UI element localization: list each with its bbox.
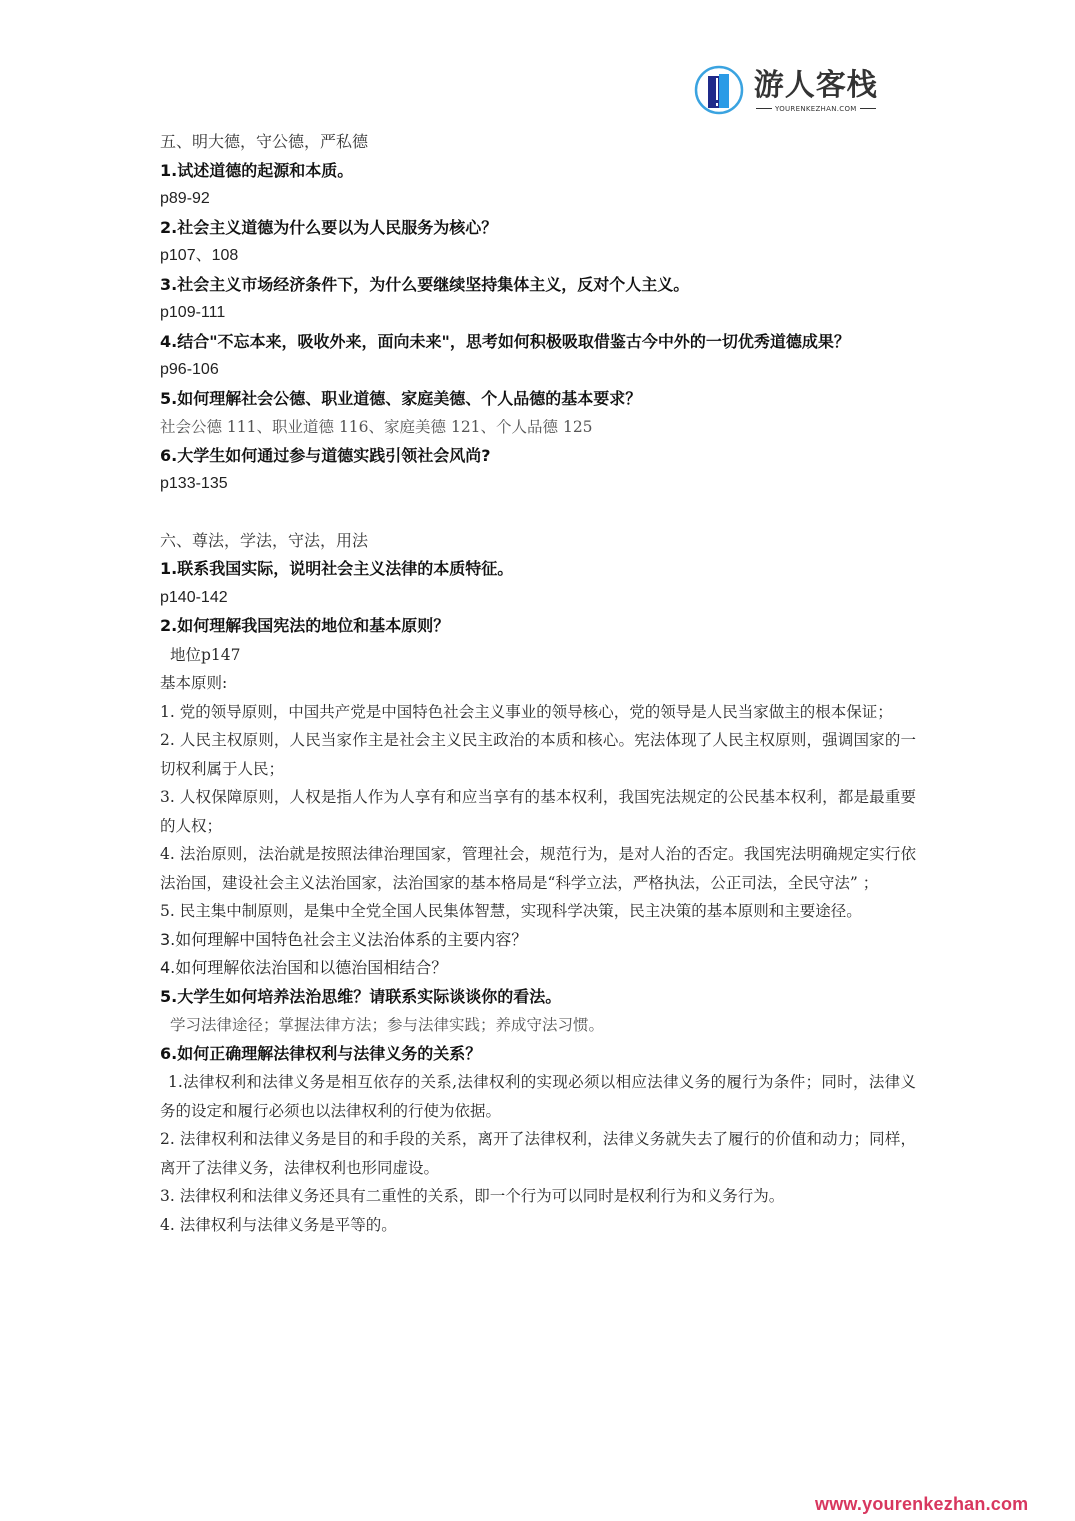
relation-point-1: 1.法律权利和法律义务是相互依存的关系,法律权利的实现必须以相应法律义务的履行为…	[160, 1068, 916, 1125]
section-spacer	[160, 499, 916, 527]
question-5-3: 3.社会主义市场经济条件下，为什么要继续坚持集体主义，反对个人主义。	[160, 271, 916, 300]
site-logo[interactable]: 游人客栈 YOURENKEZHAN.COM	[693, 62, 879, 118]
answer-5-1: p89-92	[160, 185, 916, 214]
question-5-1: 1.试述道德的起源和本质。	[160, 157, 916, 186]
footer-website-link[interactable]: www.yourenkezhan.com	[815, 1494, 1028, 1515]
answer-6-1: p140-142	[160, 584, 916, 613]
relation-point-4: 4. 法律权利与法律义务是平等的。	[160, 1211, 916, 1240]
relation-point-3: 3. 法律权利和法律义务还具有二重性的关系，即一个行为可以同时是权利行为和义务行…	[160, 1182, 916, 1211]
question-6-1: 1.联系我国实际，说明社会主义法律的本质特征。	[160, 555, 916, 584]
section-6-heading: 六、尊法，学法，守法，用法	[160, 527, 916, 556]
answer-5-5: 社会公德 111、职业道德 116、家庭美德 121、个人品德 125	[160, 413, 916, 442]
logo-name-en-text: YOURENKEZHAN.COM	[775, 105, 857, 113]
principle-4: 4. 法治原则，法治就是按照法律治理国家，管理社会，规范行为，是对人治的否定。我…	[160, 840, 916, 897]
logo-name-en: YOURENKEZHAN.COM	[753, 105, 879, 113]
question-6-6: 6.如何正确理解法律权利与法律义务的关系？	[160, 1040, 916, 1069]
answer-5-3: p109-111	[160, 299, 916, 328]
document-body: 五、明大德，守公德，严私德 1.试述道德的起源和本质。 p89-92 2.社会主…	[160, 128, 916, 1239]
question-6-4: 4.如何理解依法治国和以德治国相结合？	[160, 954, 916, 983]
question-5-6: 6.大学生如何通过参与道德实践引领社会风尚?	[160, 442, 916, 471]
logo-name-cn: 游人客栈	[754, 68, 878, 104]
principle-2: 2. 人民主权原则，人民当家作主是社会主义民主政治的本质和核心。宪法体现了人民主…	[160, 726, 916, 783]
question-5-5: 5.如何理解社会公德、职业道德、家庭美德、个人品德的基本要求？	[160, 385, 916, 414]
answer-5-6: p133-135	[160, 470, 916, 499]
principle-1: 1. 党的领导原则，中国共产党是中国特色社会主义事业的领导核心，党的领导是人民当…	[160, 698, 916, 727]
answer-5-2: p107、108	[160, 242, 916, 271]
question-6-3: 3.如何理解中国特色社会主义法治体系的主要内容？	[160, 926, 916, 955]
question-6-5: 5.大学生如何培养法治思维？请联系实际谈谈你的看法。	[160, 983, 916, 1012]
logo-building-icon	[693, 64, 745, 116]
principle-3: 3. 人权保障原则，人权是指人作为人享有和应当享有的基本权利，我国宪法规定的公民…	[160, 783, 916, 840]
answer-5-4: p96-106	[160, 356, 916, 385]
answer-6-5: 学习法律途径；掌握法律方法；参与法律实践；养成守法习惯。	[160, 1011, 916, 1040]
logo-rule-right	[860, 108, 876, 109]
principle-5: 5. 民主集中制原则，是集中全党全国人民集体智慧，实现科学决策，民主决策的基本原…	[160, 897, 916, 926]
question-6-2: 2.如何理解我国宪法的地位和基本原则？	[160, 612, 916, 641]
relation-point-2: 2. 法律权利和法律义务是目的和手段的关系，离开了法律权利，法律义务就失去了履行…	[160, 1125, 916, 1182]
question-5-4: 4.结合"不忘本来，吸收外来，面向未来"，思考如何积极吸取借鉴古今中外的一切优秀…	[160, 328, 916, 357]
question-5-2: 2.社会主义道德为什么要以为人民服务为核心？	[160, 214, 916, 243]
constitution-status-ref: 地位p147	[160, 641, 916, 670]
section-5-heading: 五、明大德，守公德，严私德	[160, 128, 916, 157]
principles-label: 基本原则:	[160, 669, 916, 698]
logo-rule-left	[756, 108, 772, 109]
